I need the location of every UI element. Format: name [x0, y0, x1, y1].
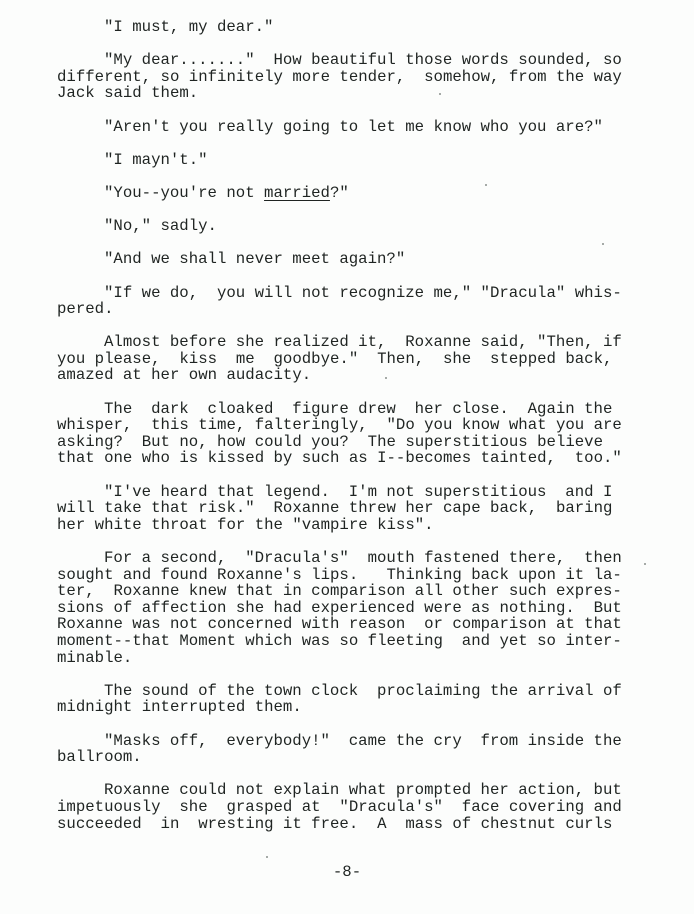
paragraph: "No," sadly.	[57, 218, 657, 235]
text-line: Roxanne could not explain what prompted …	[57, 782, 657, 799]
page-number: -8-	[0, 863, 694, 881]
text-line: asking? But no, how could you? The super…	[57, 434, 657, 451]
text-line: For a second, "Dracula's" mouth fastened…	[57, 550, 657, 567]
text-line: ter, Roxanne knew that in comparison all…	[57, 583, 657, 600]
text-line: different, so infinitely more tender, so…	[57, 69, 657, 86]
text-line: her white throat for the "vampire kiss".	[57, 517, 657, 534]
document-page: "I must, my dear.""My dear......." How b…	[0, 0, 694, 914]
text-line: you please, kiss me goodbye." Then, she …	[57, 351, 657, 368]
text-line: moment--that Moment which was so fleetin…	[57, 633, 657, 650]
paragraph: "Aren't you really going to let me know …	[57, 119, 657, 136]
paragraph: The dark cloaked figure drew her close. …	[57, 401, 657, 467]
paragraph: "And we shall never meet again?"	[57, 251, 657, 268]
text-line: pered.	[57, 301, 657, 318]
text-line: Roxanne was not concerned with reason or…	[57, 616, 657, 633]
paragraph: Roxanne could not explain what prompted …	[57, 782, 657, 832]
text-line: sought and found Roxanne's lips. Thinkin…	[57, 567, 657, 584]
paragraph: "Masks off, everybody!" came the cry fro…	[57, 733, 657, 766]
paragraph: The sound of the town clock proclaiming …	[57, 683, 657, 716]
text-line: impetuously she grasped at "Dracula's" f…	[57, 799, 657, 816]
text-line: ballroom.	[57, 749, 657, 766]
text-line: "Aren't you really going to let me know …	[57, 119, 657, 136]
paragraph: "If we do, you will not recognize me," "…	[57, 285, 657, 318]
text-line: "I must, my dear."	[57, 19, 657, 36]
paragraph: "You--you're not married?"	[57, 185, 657, 202]
paragraph: For a second, "Dracula's" mouth fastened…	[57, 550, 657, 666]
text-line: sions of affection she had experienced w…	[57, 600, 657, 617]
text-line: Jack said them.	[57, 85, 657, 102]
text-line: amazed at her own audacity.	[57, 367, 657, 384]
paragraph: "I mayn't."	[57, 152, 657, 169]
text-line: succeeded in wresting it free. A mass of…	[57, 816, 657, 833]
text-line: "And we shall never meet again?"	[57, 251, 657, 268]
underlined-word: married	[264, 184, 330, 202]
text-line: will take that risk." Roxanne threw her …	[57, 500, 657, 517]
text-line: "My dear......." How beautiful those wor…	[57, 52, 657, 69]
text-line: minable.	[57, 650, 657, 667]
document-body: "I must, my dear.""My dear......." How b…	[57, 19, 657, 849]
text-line: The sound of the town clock proclaiming …	[57, 683, 657, 700]
paragraph: "I must, my dear."	[57, 19, 657, 36]
paper-speck	[266, 856, 268, 858]
text-line: The dark cloaked figure drew her close. …	[57, 401, 657, 418]
text-line: "I've heard that legend. I'm not superst…	[57, 484, 657, 501]
paper-speck	[485, 184, 487, 186]
text-line: whisper, this time, falteringly, "Do you…	[57, 417, 657, 434]
paragraph: Almost before she realized it, Roxanne s…	[57, 334, 657, 384]
text-line: midnight interrupted them.	[57, 699, 657, 716]
text-line: "I mayn't."	[57, 152, 657, 169]
text-line: "No," sadly.	[57, 218, 657, 235]
text-line: "If we do, you will not recognize me," "…	[57, 285, 657, 302]
text-line: Almost before she realized it, Roxanne s…	[57, 334, 657, 351]
paper-speck	[385, 377, 387, 379]
paper-speck	[602, 243, 604, 245]
text-line: that one who is kissed by such as I--bec…	[57, 450, 657, 467]
paper-speck	[439, 93, 441, 95]
text-line: "Masks off, everybody!" came the cry fro…	[57, 733, 657, 750]
paper-speck	[644, 563, 646, 565]
paragraph: "My dear......." How beautiful those wor…	[57, 52, 657, 102]
paragraph: "I've heard that legend. I'm not superst…	[57, 484, 657, 534]
text-line: "You--you're not married?"	[57, 185, 657, 202]
